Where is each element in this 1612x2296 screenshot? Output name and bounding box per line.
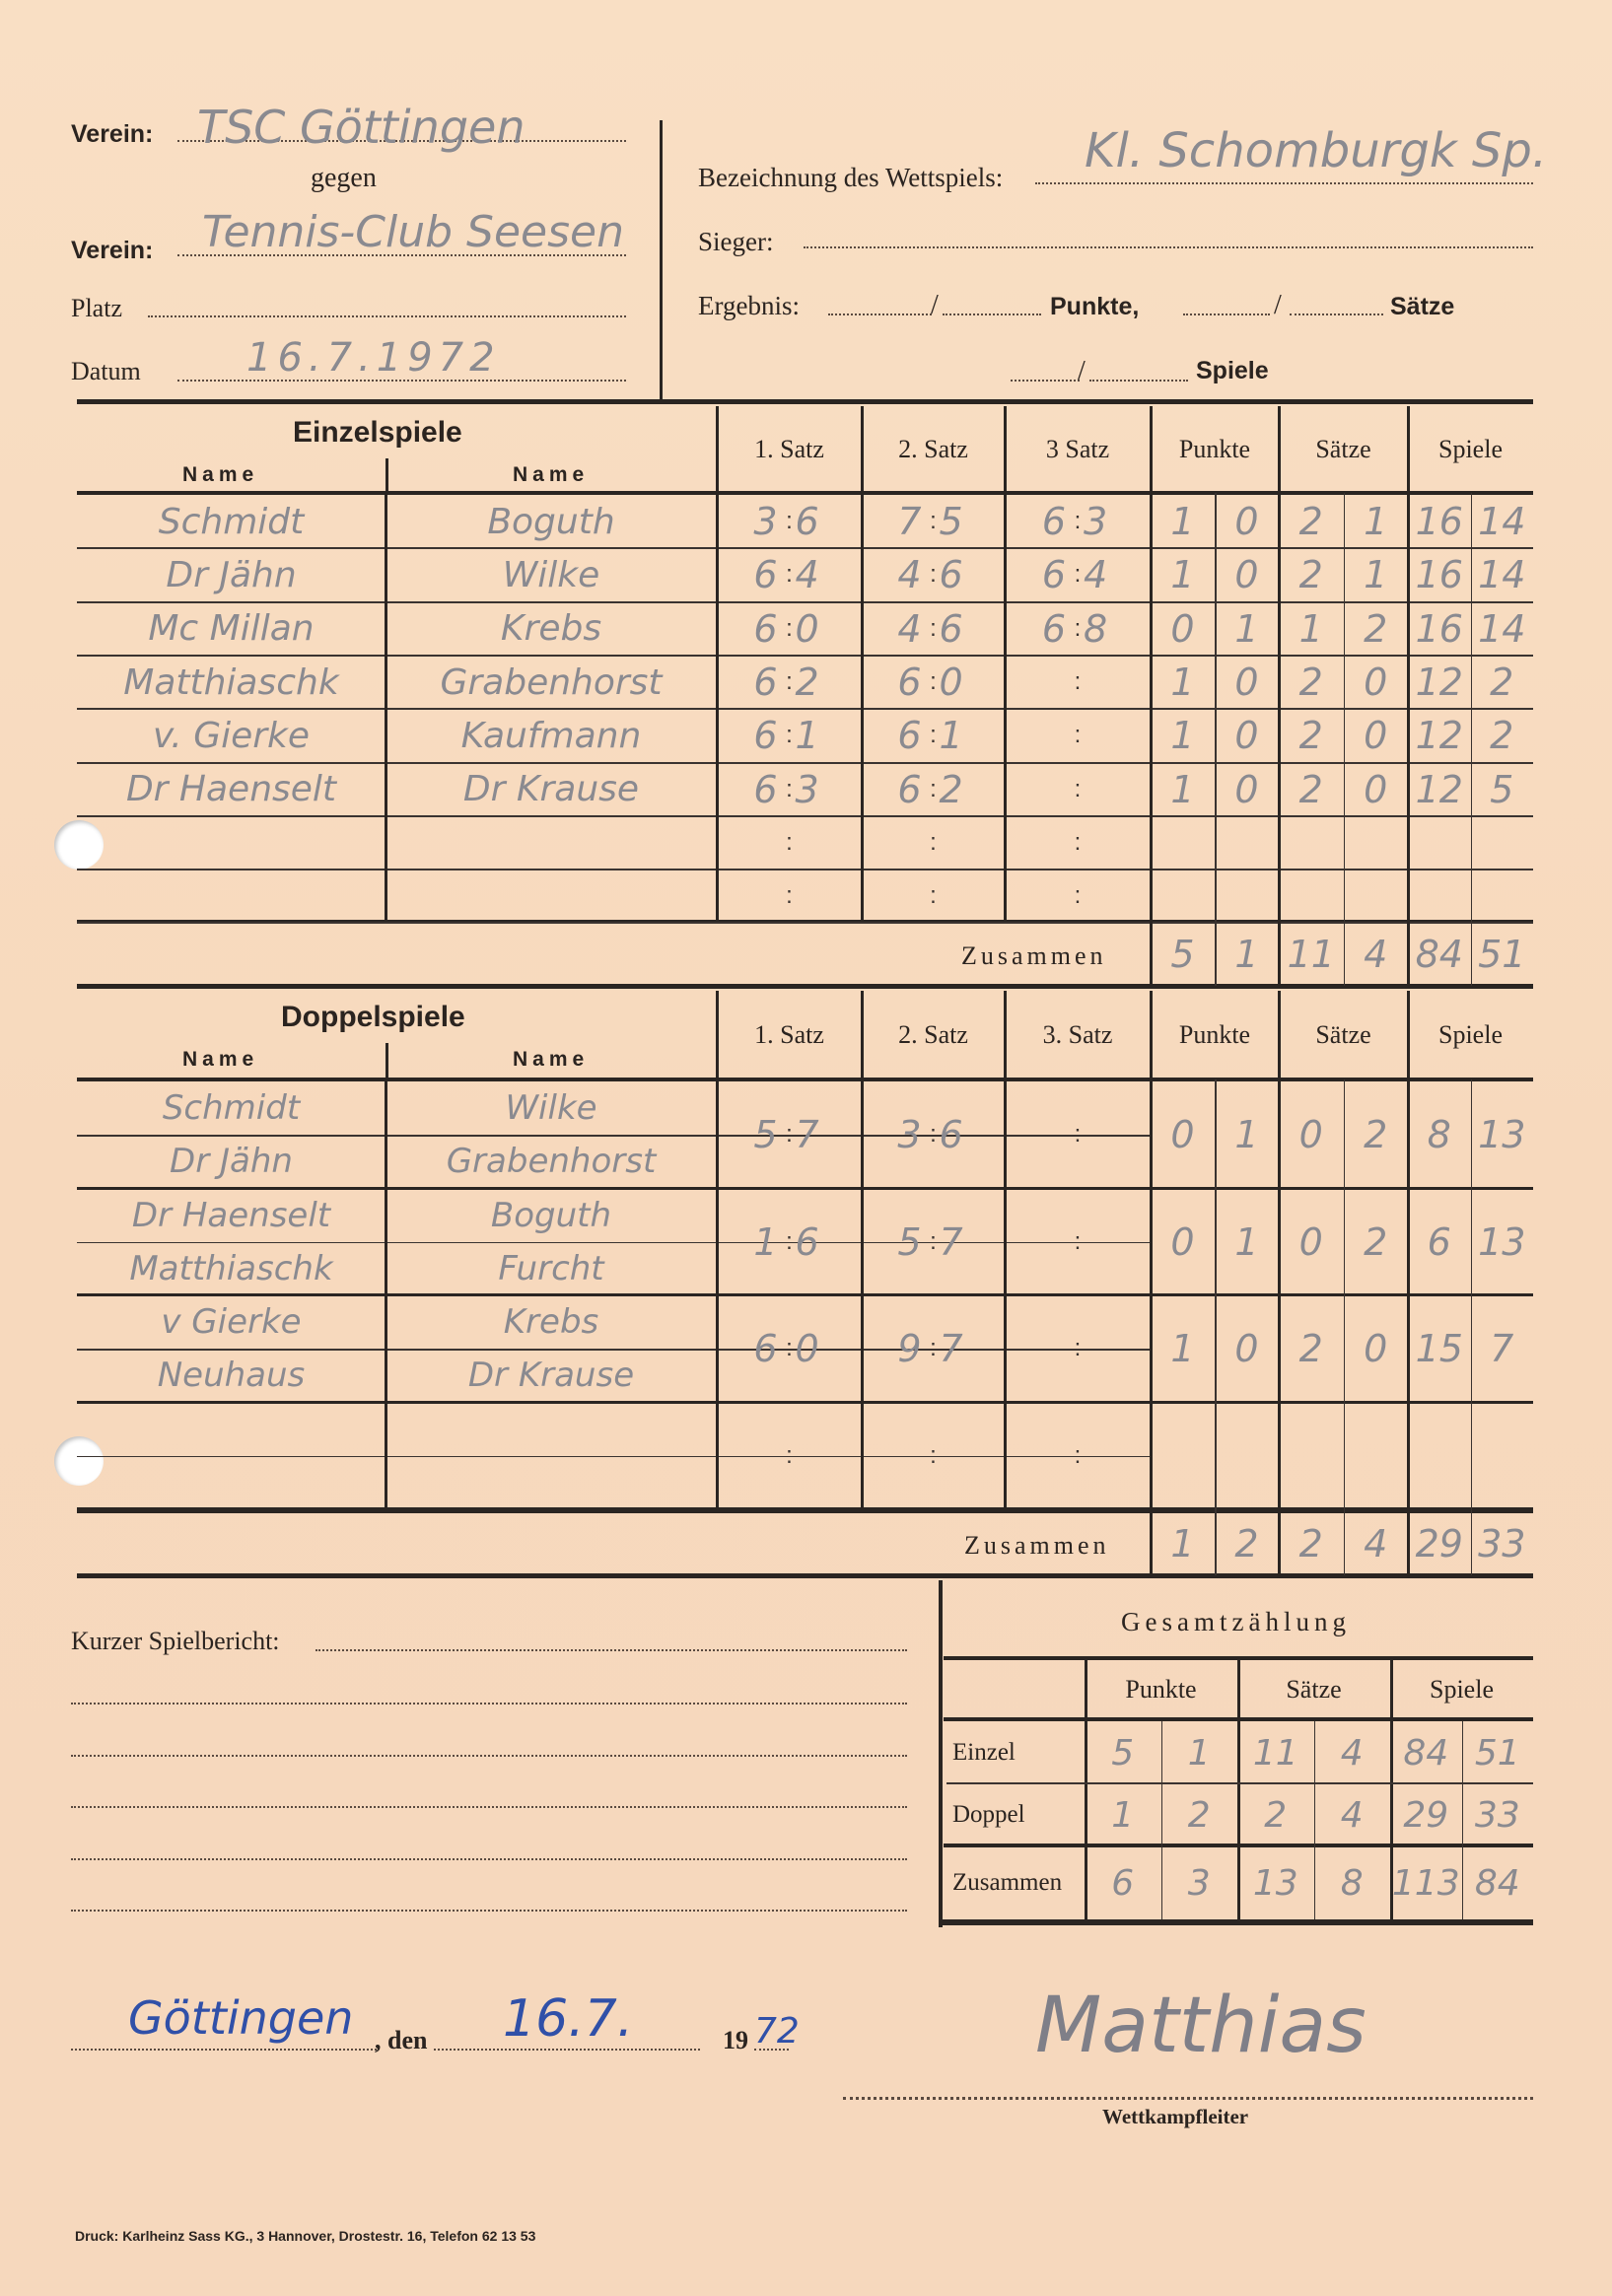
einzel-s2-home[interactable]: 6 xyxy=(862,763,922,816)
gesamt-value[interactable]: 33 xyxy=(1462,1784,1534,1845)
einzel-punkte-guest[interactable]: 1 xyxy=(1215,602,1279,656)
gesamt-value[interactable]: 8 xyxy=(1314,1845,1391,1920)
ergebnis-spiele-guest[interactable] xyxy=(1089,380,1188,382)
einzel-total-saetze-home[interactable]: 11 xyxy=(1279,924,1344,984)
doppel-punkte-home[interactable]: 0 xyxy=(1151,1081,1215,1189)
bericht-line-2[interactable] xyxy=(71,1755,907,1757)
doppel-home-player[interactable] xyxy=(85,1456,378,1509)
einzel-saetze-guest[interactable]: 1 xyxy=(1344,495,1409,548)
doppel-s3-home[interactable] xyxy=(1005,1295,1066,1403)
einzel-guest-player[interactable]: Boguth xyxy=(393,495,709,548)
doppel-total-saetze-home[interactable]: 2 xyxy=(1279,1513,1344,1573)
slash: / xyxy=(1078,356,1086,387)
einzel-saetze-home[interactable] xyxy=(1279,870,1344,923)
gesamt-bottom-rule xyxy=(939,1919,1533,1925)
einzel-saetze-guest[interactable] xyxy=(1344,870,1409,923)
score-separator: : xyxy=(1072,495,1084,548)
einzel-spiele-guest[interactable] xyxy=(1471,816,1534,870)
doppel-spiele-guest[interactable]: 7 xyxy=(1471,1295,1534,1403)
einzel-punkte-guest[interactable]: 0 xyxy=(1215,495,1279,548)
einzel-saetze-home[interactable]: 2 xyxy=(1279,709,1344,762)
doppel-pair-rule xyxy=(77,1507,1533,1510)
einzel-s3-home[interactable]: 6 xyxy=(1005,495,1066,548)
score-separator: : xyxy=(928,602,940,656)
einzel-s2-guest[interactable]: 0 xyxy=(940,656,1000,709)
einzel-saetze-guest[interactable] xyxy=(1344,816,1409,870)
gesamt-value[interactable]: 4 xyxy=(1314,1721,1391,1784)
ergebnis-spiele-home[interactable] xyxy=(1011,380,1080,382)
sieger-field[interactable] xyxy=(804,246,1533,248)
doppel-s2-guest[interactable]: 7 xyxy=(940,1295,1000,1403)
einzel-name-header-home: Name xyxy=(182,463,258,487)
datum-label: Datum xyxy=(71,357,141,386)
score-separator: : xyxy=(928,709,940,762)
einzel-punkte-guest[interactable]: 0 xyxy=(1215,709,1279,762)
einzel-col-divider xyxy=(1407,493,1410,920)
doppel-home-player[interactable]: v Gierke xyxy=(85,1295,378,1349)
year-field[interactable]: 72 xyxy=(754,2011,800,2052)
einzel-s2-guest[interactable]: 1 xyxy=(940,709,1000,762)
doppel-col-divider xyxy=(385,1079,387,1509)
score-separator: : xyxy=(1072,602,1084,656)
einzel-punkte-home[interactable] xyxy=(1151,816,1215,870)
doppel-col-header-4: Sätze xyxy=(1279,991,1408,1079)
einzel-spiele-home[interactable]: 16 xyxy=(1408,602,1471,656)
doppel-bottom-rule xyxy=(77,1573,1533,1578)
einzel-guest-player[interactable]: Dr Krause xyxy=(393,763,709,816)
einzel-spiele-home[interactable]: 12 xyxy=(1408,763,1471,816)
slash: / xyxy=(1274,290,1282,321)
einzel-col-header-4: Sätze xyxy=(1279,406,1408,493)
datum-field[interactable]: 16.7.1972 xyxy=(246,335,501,381)
ergebnis-saetze-guest[interactable] xyxy=(1290,313,1383,315)
einzel-saetze-home[interactable]: 2 xyxy=(1279,656,1344,709)
doppel-title: Doppelspiele xyxy=(281,1001,465,1034)
einzel-home-player[interactable]: Schmidt xyxy=(85,495,378,548)
verein2-field[interactable]: Tennis-Club Seesen xyxy=(202,207,624,257)
einzel-title: Einzelspiele xyxy=(293,416,462,450)
gegen-label: gegen xyxy=(311,163,377,194)
doppel-guest-player[interactable]: Dr Krause xyxy=(393,1349,709,1402)
bericht-line-0[interactable] xyxy=(315,1649,907,1651)
einzel-half-divider xyxy=(1471,493,1473,986)
doppel-half-divider xyxy=(1471,1079,1473,1575)
header-divider xyxy=(660,120,663,401)
gesamt-value[interactable]: 84 xyxy=(1390,1721,1462,1784)
gesamt-value[interactable]: 29 xyxy=(1390,1784,1462,1845)
doppel-spiele-guest[interactable]: 13 xyxy=(1471,1081,1534,1189)
einzel-s3-guest[interactable] xyxy=(1084,763,1145,816)
einzel-home-player[interactable]: Dr Haenselt xyxy=(85,763,378,816)
score-separator: : xyxy=(1072,709,1084,762)
einzel-s1-guest[interactable] xyxy=(796,816,857,870)
score-separator: : xyxy=(784,495,796,548)
einzel-s1-home[interactable]: 6 xyxy=(717,656,778,709)
einzel-s2-home[interactable]: 7 xyxy=(862,495,922,548)
doppel-guest-player[interactable]: Krebs xyxy=(393,1295,709,1349)
einzel-s1-guest[interactable]: 3 xyxy=(796,763,857,816)
einzel-s2-guest[interactable] xyxy=(940,870,1000,923)
einzel-total-punkte-guest[interactable]: 1 xyxy=(1215,924,1279,984)
einzel-home-player[interactable]: Dr Jähn xyxy=(85,548,378,601)
date-field[interactable]: 16.7. xyxy=(503,1989,633,2049)
doppel-home-player[interactable]: Matthiaschk xyxy=(85,1242,378,1295)
score-separator: : xyxy=(928,548,940,601)
einzel-saetze-home[interactable]: 2 xyxy=(1279,495,1344,548)
einzel-s1-home[interactable]: 6 xyxy=(717,602,778,656)
einzel-spiele-home[interactable]: 12 xyxy=(1408,709,1471,762)
place-field[interactable]: Göttingen xyxy=(128,1991,353,2045)
doppel-home-player[interactable]: Neuhaus xyxy=(85,1349,378,1402)
einzel-s2-guest[interactable]: 5 xyxy=(940,495,1000,548)
doppel-saetze-guest[interactable]: 0 xyxy=(1344,1295,1409,1403)
einzel-col-header-0: 1. Satz xyxy=(717,406,862,493)
gesamt-value[interactable]: 84 xyxy=(1462,1845,1534,1920)
signature: Matthias xyxy=(1035,1982,1367,2070)
einzel-s3-home[interactable] xyxy=(1005,763,1066,816)
einzel-spiele-home[interactable]: 16 xyxy=(1408,548,1471,601)
einzel-spiele-guest[interactable] xyxy=(1471,870,1534,923)
gesamt-title: Gesamtzählung xyxy=(939,1597,1533,1646)
einzel-guest-player[interactable]: Grabenhorst xyxy=(393,656,709,709)
einzel-punkte-home[interactable]: 1 xyxy=(1151,548,1215,601)
gesamt-value[interactable]: 2 xyxy=(1237,1784,1314,1845)
doppel-total-saetze-guest[interactable]: 4 xyxy=(1344,1513,1409,1573)
einzel-s1-guest[interactable]: 4 xyxy=(796,548,857,601)
doppel-total-punkte-home[interactable]: 1 xyxy=(1151,1513,1215,1573)
punkte-label: Punkte, xyxy=(1050,293,1139,321)
doppel-s3-home[interactable] xyxy=(1005,1081,1066,1189)
einzel-s3-home[interactable] xyxy=(1005,656,1066,709)
gesamt-value[interactable]: 13 xyxy=(1237,1845,1314,1920)
doppel-guest-player[interactable] xyxy=(393,1403,709,1456)
einzel-spiele-home[interactable] xyxy=(1408,816,1471,870)
einzel-s3-home[interactable] xyxy=(1005,870,1066,923)
gesamt-value[interactable]: 5 xyxy=(1085,1721,1161,1784)
ergebnis-punkte-home[interactable] xyxy=(828,313,932,315)
einzel-s1-guest[interactable] xyxy=(796,870,857,923)
doppel-punkte-home[interactable] xyxy=(1151,1403,1215,1510)
doppel-s1-home[interactable]: 5 xyxy=(717,1081,778,1189)
einzel-punkte-home[interactable]: 1 xyxy=(1151,495,1215,548)
einzel-s1-guest[interactable]: 2 xyxy=(796,656,857,709)
einzel-saetze-home[interactable] xyxy=(1279,816,1344,870)
gesamt-half-divider xyxy=(1161,1721,1163,1921)
gesamt-half-divider xyxy=(1314,1721,1316,1921)
doppel-s1-guest[interactable]: 6 xyxy=(796,1189,857,1296)
einzel-punkte-guest[interactable]: 0 xyxy=(1215,656,1279,709)
doppel-s2-home[interactable]: 3 xyxy=(862,1081,922,1189)
einzel-s2-guest[interactable]: 6 xyxy=(940,602,1000,656)
gesamt-value[interactable]: 6 xyxy=(1085,1845,1161,1920)
gesamt-value[interactable]: 1 xyxy=(1161,1721,1238,1784)
bericht-line-1[interactable] xyxy=(71,1703,907,1705)
verein1-field[interactable]: TSC Göttingen xyxy=(197,101,526,154)
einzel-saetze-guest[interactable]: 0 xyxy=(1344,709,1409,762)
einzel-s2-home[interactable]: 6 xyxy=(862,709,922,762)
einzel-s1-guest[interactable]: 1 xyxy=(796,709,857,762)
einzel-saetze-guest[interactable]: 1 xyxy=(1344,548,1409,601)
doppel-punkte-guest[interactable]: 1 xyxy=(1215,1189,1279,1296)
einzel-col-header-5: Spiele xyxy=(1408,406,1533,493)
einzel-s1-guest[interactable]: 6 xyxy=(796,495,857,548)
doppel-s2-guest[interactable]: 6 xyxy=(940,1081,1000,1189)
doppel-s1-home[interactable]: 6 xyxy=(717,1295,778,1403)
doppel-punkte-guest[interactable]: 1 xyxy=(1215,1081,1279,1189)
einzel-saetze-home[interactable]: 2 xyxy=(1279,763,1344,816)
einzel-home-player[interactable] xyxy=(85,816,378,870)
einzel-s1-home[interactable] xyxy=(717,816,778,870)
einzel-col-divider xyxy=(716,493,719,920)
einzel-s3-guest[interactable]: 8 xyxy=(1084,602,1145,656)
score-separator: : xyxy=(784,602,796,656)
doppel-half-divider xyxy=(1344,1079,1346,1575)
doppel-total-spiele-home[interactable]: 29 xyxy=(1408,1513,1471,1573)
einzel-s1-home[interactable]: 6 xyxy=(717,763,778,816)
doppel-spiele-home[interactable]: 8 xyxy=(1408,1081,1471,1189)
bezeichnung-line xyxy=(1035,182,1533,184)
einzel-s1-guest[interactable]: 0 xyxy=(796,602,857,656)
doppel-punkte-guest[interactable] xyxy=(1215,1403,1279,1510)
sieger-label: Sieger: xyxy=(698,227,773,257)
doppel-guest-player[interactable]: Boguth xyxy=(393,1189,709,1242)
einzel-home-player[interactable] xyxy=(85,870,378,923)
einzel-s3-home[interactable]: 6 xyxy=(1005,602,1066,656)
einzel-total-spiele-home[interactable]: 84 xyxy=(1408,924,1471,984)
score-separator: : xyxy=(928,1189,940,1296)
doppel-punkte-home[interactable]: 0 xyxy=(1151,1189,1215,1296)
einzel-punkte-guest[interactable] xyxy=(1215,816,1279,870)
ergebnis-punkte-guest[interactable] xyxy=(943,313,1041,315)
gesamt-value[interactable]: 113 xyxy=(1390,1845,1462,1920)
score-separator: : xyxy=(784,548,796,601)
einzel-col-header-3: Punkte xyxy=(1151,406,1279,493)
place-line xyxy=(71,2049,377,2051)
einzel-s3-home[interactable]: 6 xyxy=(1005,548,1066,601)
doppel-s3-guest[interactable] xyxy=(1084,1189,1145,1296)
einzel-half-divider xyxy=(1215,493,1217,986)
einzel-half-divider xyxy=(1344,493,1346,986)
einzel-total-label: Zusammen xyxy=(961,941,1107,971)
score-separator: : xyxy=(1072,1081,1084,1189)
gesamt-row-label: Zusammen xyxy=(952,1845,1090,1920)
doppel-s3-home[interactable] xyxy=(1005,1403,1066,1510)
bericht-line-5[interactable] xyxy=(71,1910,907,1912)
doppel-total-punkte-guest[interactable]: 2 xyxy=(1215,1513,1279,1573)
einzel-home-player[interactable]: Mc Millan xyxy=(85,602,378,656)
einzel-guest-player[interactable]: Kaufmann xyxy=(393,709,709,762)
einzel-spiele-home[interactable] xyxy=(1408,870,1471,923)
printer-imprint: Druck: Karlheinz Sass KG., 3 Hannover, D… xyxy=(75,2228,535,2244)
score-separator: : xyxy=(1072,1295,1084,1403)
doppel-saetze-home[interactable]: 0 xyxy=(1279,1081,1344,1189)
einzel-s3-guest[interactable]: 3 xyxy=(1084,495,1145,548)
doppel-s2-home[interactable]: 9 xyxy=(862,1295,922,1403)
score-separator: : xyxy=(784,709,796,762)
einzel-spiele-guest[interactable]: 5 xyxy=(1471,763,1534,816)
einzel-total-spiele-guest[interactable]: 51 xyxy=(1471,924,1534,984)
doppel-col-divider xyxy=(1150,1079,1153,1509)
einzel-s1-home[interactable]: 3 xyxy=(717,495,778,548)
einzel-s2-guest[interactable]: 2 xyxy=(940,763,1000,816)
einzel-spiele-guest[interactable]: 2 xyxy=(1471,656,1534,709)
doppel-total-spiele-guest[interactable]: 33 xyxy=(1471,1513,1534,1573)
einzel-punkte-guest[interactable] xyxy=(1215,870,1279,923)
doppel-punkte-guest[interactable]: 0 xyxy=(1215,1295,1279,1403)
score-separator: : xyxy=(784,1081,796,1189)
einzel-spiele-guest[interactable]: 14 xyxy=(1471,602,1534,656)
doppel-s1-guest[interactable]: 0 xyxy=(796,1295,857,1403)
doppel-s1-home[interactable]: 1 xyxy=(717,1189,778,1296)
doppel-s3-guest[interactable] xyxy=(1084,1081,1145,1189)
einzel-guest-player[interactable]: Krebs xyxy=(393,602,709,656)
doppel-spiele-home[interactable]: 15 xyxy=(1408,1295,1471,1403)
doppel-s3-home[interactable] xyxy=(1005,1189,1066,1296)
doppel-col-header-5: Spiele xyxy=(1408,991,1533,1079)
einzel-punkte-home[interactable]: 1 xyxy=(1151,709,1215,762)
einzel-s3-guest[interactable]: 4 xyxy=(1084,548,1145,601)
einzel-spiele-guest[interactable]: 14 xyxy=(1471,548,1534,601)
einzel-punkte-guest[interactable]: 0 xyxy=(1215,763,1279,816)
gesamt-value[interactable]: 1 xyxy=(1085,1784,1161,1845)
doppel-s3-guest[interactable] xyxy=(1084,1403,1145,1510)
ergebnis-saetze-home[interactable] xyxy=(1183,313,1270,315)
gesamt-row-label: Doppel xyxy=(952,1784,1090,1845)
gesamt-value[interactable]: 51 xyxy=(1462,1721,1534,1784)
einzel-saetze-guest[interactable]: 2 xyxy=(1344,602,1409,656)
einzel-s3-guest[interactable] xyxy=(1084,709,1145,762)
einzel-punkte-home[interactable]: 1 xyxy=(1151,763,1215,816)
score-separator: : xyxy=(1072,816,1084,870)
einzel-s3-guest[interactable] xyxy=(1084,870,1145,923)
doppel-guest-player[interactable]: Furcht xyxy=(393,1242,709,1295)
den-label: , den xyxy=(375,2026,427,2055)
score-separator: : xyxy=(928,495,940,548)
einzel-s1-home[interactable] xyxy=(717,870,778,923)
doppel-s2-guest[interactable]: 7 xyxy=(940,1189,1000,1296)
score-separator: : xyxy=(784,870,796,923)
einzel-punkte-home[interactable]: 1 xyxy=(1151,656,1215,709)
platz-field[interactable] xyxy=(148,315,626,317)
einzel-home-player[interactable]: v. Gierke xyxy=(85,709,378,762)
score-separator: : xyxy=(784,1403,796,1510)
einzel-guest-player[interactable]: Wilke xyxy=(393,548,709,601)
einzel-punkte-home[interactable]: 0 xyxy=(1151,602,1215,656)
einzel-punkte-guest[interactable]: 0 xyxy=(1215,548,1279,601)
einzel-saetze-home[interactable]: 2 xyxy=(1279,548,1344,601)
einzel-s3-guest[interactable] xyxy=(1084,816,1145,870)
doppel-home-player[interactable]: Dr Jähn xyxy=(85,1135,378,1188)
einzel-guest-player[interactable] xyxy=(393,870,709,923)
verein1-label: Verein: xyxy=(71,120,153,149)
doppel-saetze-home[interactable]: 0 xyxy=(1279,1189,1344,1296)
gesamt-value[interactable]: 3 xyxy=(1161,1845,1238,1920)
einzel-saetze-home[interactable]: 1 xyxy=(1279,602,1344,656)
einzel-s2-home[interactable] xyxy=(862,816,922,870)
doppel-punkte-home[interactable]: 1 xyxy=(1151,1295,1215,1403)
doppel-s1-guest[interactable]: 7 xyxy=(796,1081,857,1189)
gesamt-half-divider xyxy=(1462,1721,1464,1921)
signature-line[interactable] xyxy=(843,2097,1533,2100)
einzel-s2-guest[interactable]: 6 xyxy=(940,548,1000,601)
einzel-s2-home[interactable] xyxy=(862,870,922,923)
einzel-total-saetze-guest[interactable]: 4 xyxy=(1344,924,1409,984)
doppel-home-player[interactable] xyxy=(85,1403,378,1456)
einzel-spiele-home[interactable]: 16 xyxy=(1408,495,1471,548)
doppel-guest-player[interactable]: Wilke xyxy=(393,1081,709,1135)
doppel-home-player[interactable]: Dr Haenselt xyxy=(85,1189,378,1242)
doppel-saetze-guest[interactable]: 2 xyxy=(1344,1189,1409,1296)
score-separator: : xyxy=(928,656,940,709)
score-separator: : xyxy=(784,763,796,816)
doppel-saetze-home[interactable]: 2 xyxy=(1279,1295,1344,1403)
doppel-s2-home[interactable] xyxy=(862,1403,922,1510)
einzel-s2-home[interactable]: 6 xyxy=(862,656,922,709)
doppel-s1-home[interactable] xyxy=(717,1403,778,1510)
einzel-spiele-home[interactable]: 12 xyxy=(1408,656,1471,709)
score-separator: : xyxy=(1072,656,1084,709)
doppel-saetze-home[interactable] xyxy=(1279,1403,1344,1510)
doppel-s1-guest[interactable] xyxy=(796,1403,857,1510)
einzel-s2-guest[interactable] xyxy=(940,816,1000,870)
einzel-s1-home[interactable]: 6 xyxy=(717,709,778,762)
einzel-punkte-home[interactable] xyxy=(1151,870,1215,923)
doppel-name-header-guest: Name xyxy=(513,1048,589,1072)
einzel-col-divider xyxy=(1150,493,1153,920)
doppel-spiele-home[interactable]: 6 xyxy=(1408,1189,1471,1296)
einzel-total-punkte-home[interactable]: 5 xyxy=(1151,924,1215,984)
einzel-s1-home[interactable]: 6 xyxy=(717,548,778,601)
doppel-col-divider xyxy=(1004,1079,1007,1509)
doppel-s3-guest[interactable] xyxy=(1084,1295,1145,1403)
einzel-s3-guest[interactable] xyxy=(1084,656,1145,709)
einzel-saetze-guest[interactable]: 0 xyxy=(1344,656,1409,709)
einzel-saetze-guest[interactable]: 0 xyxy=(1344,763,1409,816)
einzel-s3-home[interactable] xyxy=(1005,816,1066,870)
einzel-col-header-2: 3 Satz xyxy=(1005,406,1151,493)
doppel-saetze-guest[interactable]: 2 xyxy=(1344,1081,1409,1189)
bezeichnung-field[interactable]: Kl. Schomburgk Sp. xyxy=(1085,123,1547,178)
einzel-spiele-guest[interactable]: 14 xyxy=(1471,495,1534,548)
score-sheet: Verein: TSC Göttingen gegen Verein: Tenn… xyxy=(0,0,1612,2296)
doppel-spiele-guest[interactable] xyxy=(1471,1403,1534,1510)
doppel-s2-guest[interactable] xyxy=(940,1403,1000,1510)
gesamt-row-rule xyxy=(946,1782,1533,1784)
doppel-saetze-guest[interactable] xyxy=(1344,1403,1409,1510)
doppel-home-player[interactable]: Schmidt xyxy=(85,1081,378,1135)
gesamt-value[interactable]: 2 xyxy=(1161,1784,1238,1845)
doppel-spiele-guest[interactable]: 13 xyxy=(1471,1189,1534,1296)
doppel-guest-player[interactable] xyxy=(393,1456,709,1509)
einzel-s3-home[interactable] xyxy=(1005,709,1066,762)
einzel-bottom-rule xyxy=(77,984,1533,989)
einzel-spiele-guest[interactable]: 2 xyxy=(1471,709,1534,762)
einzel-home-player[interactable]: Matthiaschk xyxy=(85,656,378,709)
doppel-spiele-home[interactable] xyxy=(1408,1403,1471,1510)
gesamt-value[interactable]: 4 xyxy=(1314,1784,1391,1845)
bericht-line-4[interactable] xyxy=(71,1858,907,1860)
einzel-guest-player[interactable] xyxy=(393,816,709,870)
doppel-s2-home[interactable]: 5 xyxy=(862,1189,922,1296)
doppel-col-header-2: 3. Satz xyxy=(1005,991,1151,1079)
einzel-s2-home[interactable]: 4 xyxy=(862,602,922,656)
header-bottom-rule xyxy=(77,399,1533,404)
gesamt-value[interactable]: 11 xyxy=(1237,1721,1314,1784)
einzel-s2-home[interactable]: 4 xyxy=(862,548,922,601)
doppel-guest-player[interactable]: Grabenhorst xyxy=(393,1135,709,1188)
bericht-line-3[interactable] xyxy=(71,1806,907,1808)
einzel-name-divider xyxy=(385,458,388,493)
